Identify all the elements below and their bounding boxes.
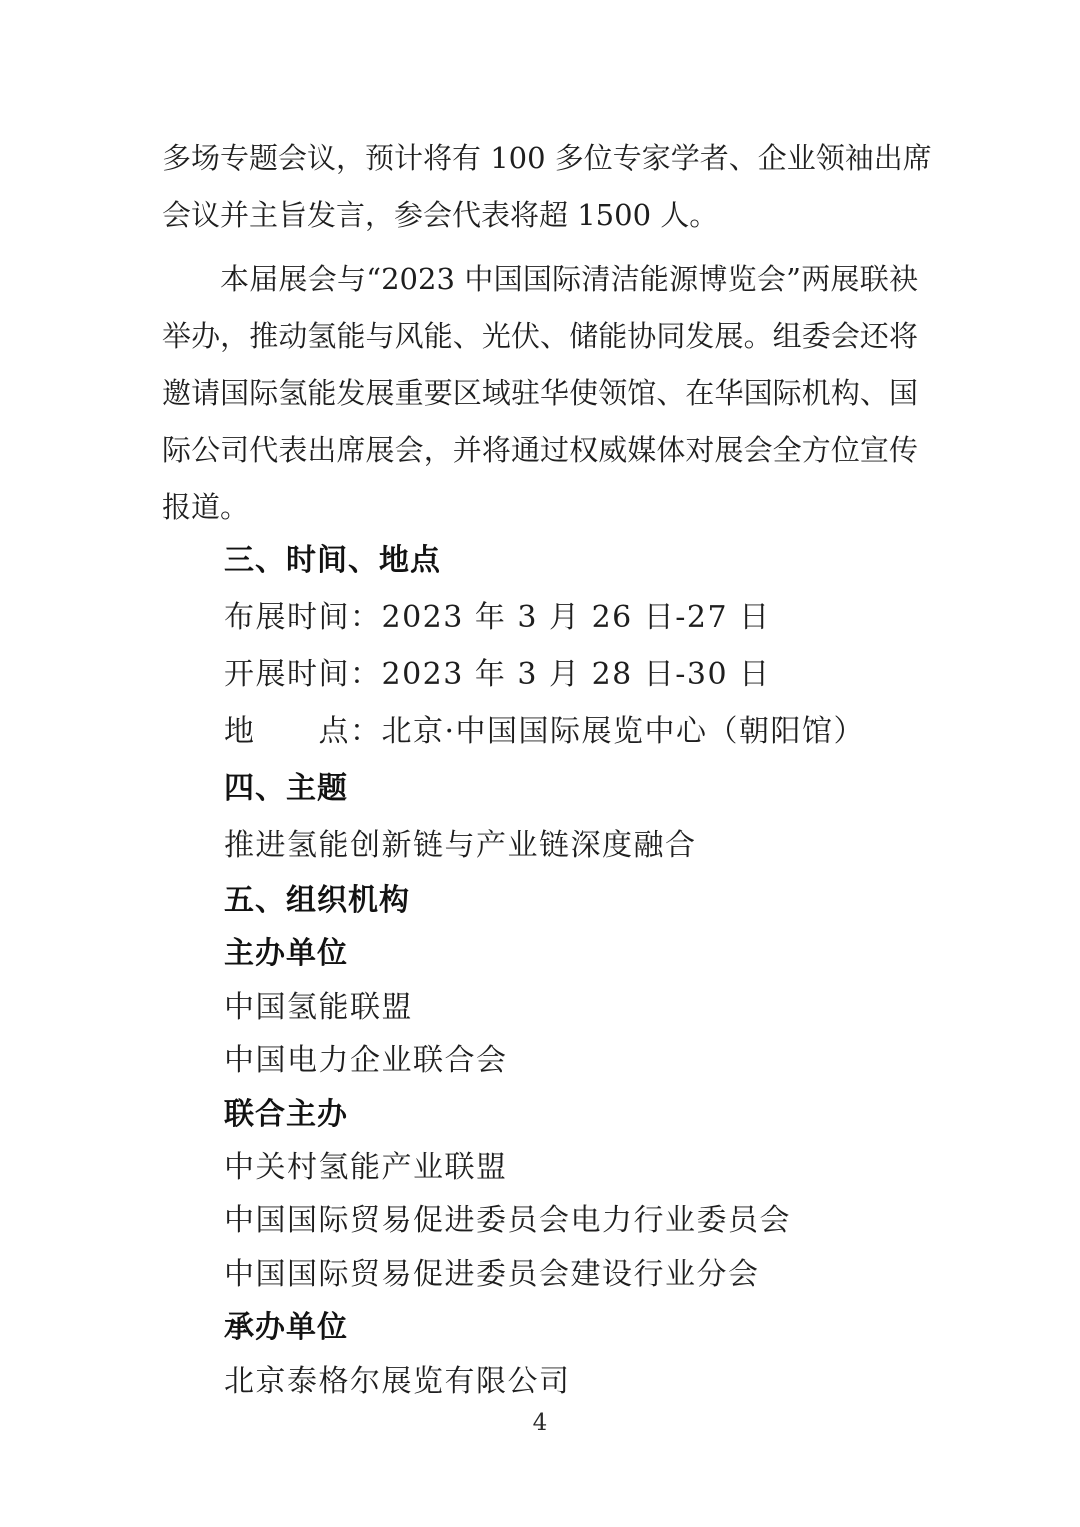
paragraph-attendees: 多场专题会议，预计将有 100 多位专家学者、企业领袖出席 会议并主旨发言，参会… (162, 130, 918, 244)
setup-time-line: 布展时间：2023 年 3 月 26 日-27 日 (162, 589, 918, 646)
paragraph-line: 会议并主旨发言，参会代表将超 1500 人。 (162, 187, 918, 244)
subheading-organizer-units: 承办单位 (162, 1301, 918, 1354)
org-beijing-taigeer-exhibition: 北京泰格尔展览有限公司 (162, 1355, 918, 1408)
document-page: 多场专题会议，预计将有 100 多位专家学者、企业领袖出席 会议并主旨发言，参会… (0, 0, 1080, 1527)
subheading-host-units: 主办单位 (162, 927, 918, 980)
location-line: 地 点：北京·中国国际展览中心（朝阳馆） (162, 703, 918, 760)
paragraph-line: 多场专题会议，预计将有 100 多位专家学者、企业领袖出席 (162, 130, 918, 187)
theme-line: 推进氢能创新链与产业链深度融合 (162, 817, 918, 874)
paragraph-line: 际公司代表出席展会，并将通过权威媒体对展会全方位宣传 (162, 422, 918, 479)
paragraph-line: 邀请国际氢能发展重要区域驻华使领馆、在华国际机构、国 (162, 365, 918, 422)
paragraph-line: 举办，推动氢能与风能、光伏、储能协同发展。组委会还将 (162, 308, 918, 365)
section-heading-organizations: 五、组织机构 (162, 874, 918, 927)
page-content: 多场专题会议，预计将有 100 多位专家学者、企业领袖出席 会议并主旨发言，参会… (162, 130, 918, 1408)
page-number: 4 (0, 1410, 1080, 1436)
org-china-hydrogen-alliance: 中国氢能联盟 (162, 981, 918, 1034)
org-china-electricity-council: 中国电力企业联合会 (162, 1034, 918, 1087)
sections-block: 三、时间、地点 布展时间：2023 年 3 月 26 日-27 日 开展时间：2… (162, 532, 918, 1408)
subheading-co-hosts: 联合主办 (162, 1088, 918, 1141)
org-ccpit-electric-power: 中国国际贸易促进委员会电力行业委员会 (162, 1194, 918, 1247)
section-heading-time-location: 三、时间、地点 (162, 532, 918, 589)
paragraph-co-hosting: 本届展会与“2023 中国国际清洁能源博览会”两展联袂 举办，推动氢能与风能、光… (162, 251, 918, 536)
org-ccpit-construction: 中国国际贸易促进委员会建设行业分会 (162, 1248, 918, 1301)
opening-time-line: 开展时间：2023 年 3 月 28 日-30 日 (162, 646, 918, 703)
paragraph-line: 本届展会与“2023 中国国际清洁能源博览会”两展联袂 (162, 251, 918, 308)
org-zhongguancun-hydrogen-alliance: 中关村氢能产业联盟 (162, 1141, 918, 1194)
paragraph-line: 报道。 (162, 479, 918, 536)
section-heading-theme: 四、主题 (162, 760, 918, 817)
